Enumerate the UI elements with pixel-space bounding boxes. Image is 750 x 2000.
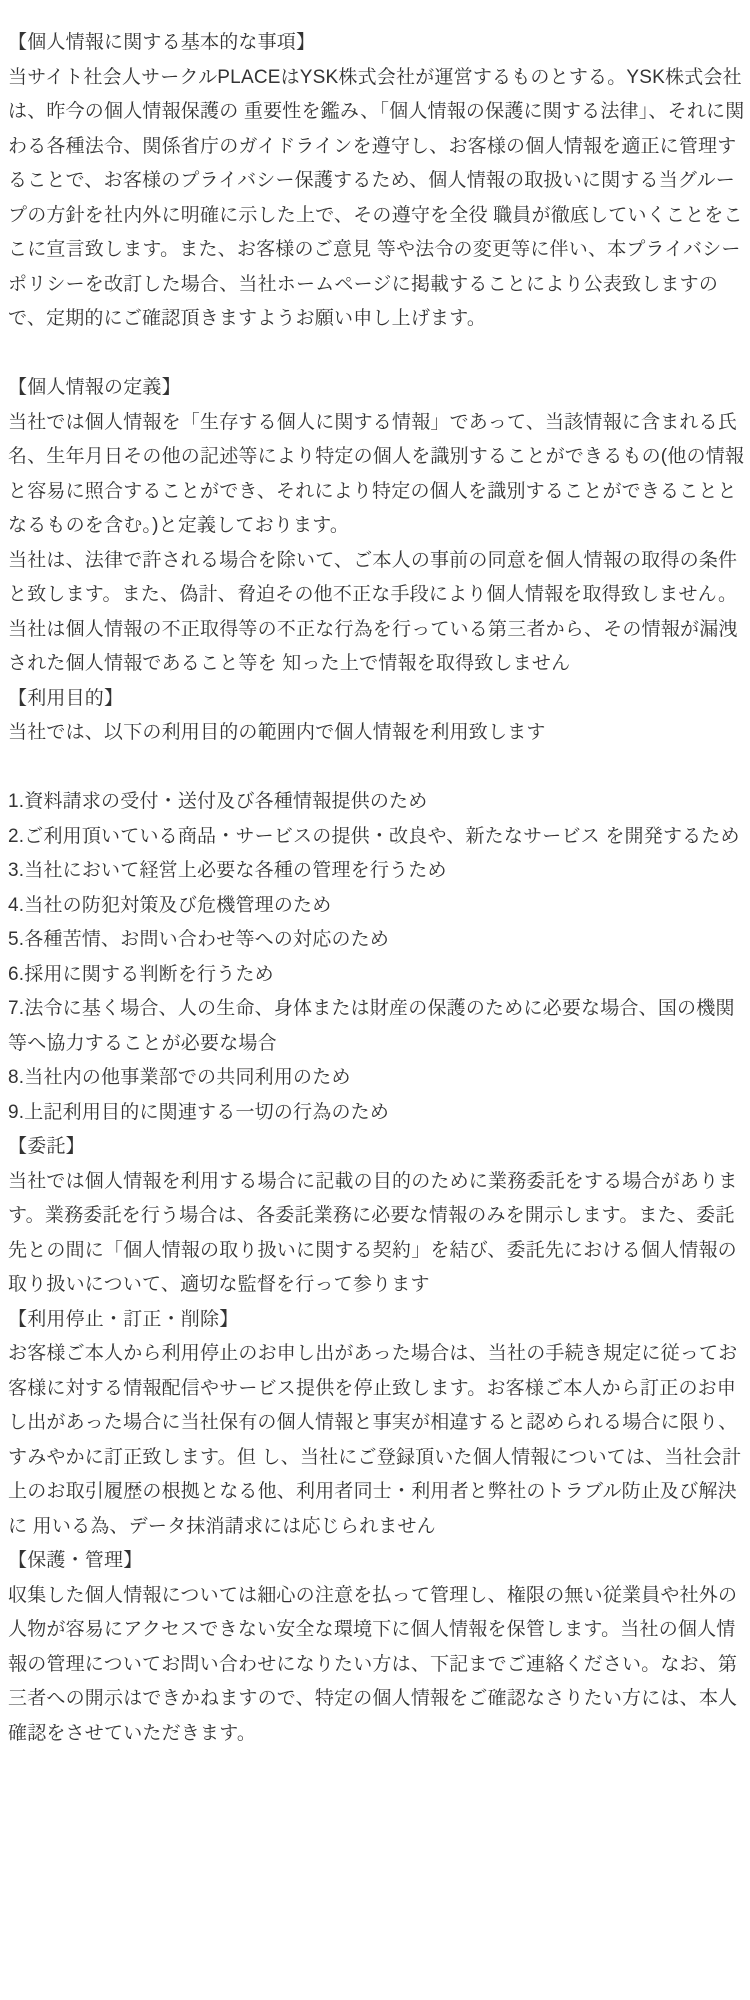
paragraph: お客様ご本人から利用停止のお申し出があった場合は、当社の手続き規定に従ってお客様… [8,1337,746,1544]
list-item: 3.当社において経営上必要な各種の管理を行うため [8,854,746,889]
paragraph: 当社は、法律で許される場合を除いて、ご本人の事前の同意を個人情報の取得の条件と致… [8,544,746,613]
paragraph: 当社では個人情報を利用する場合に記載の目的のために業務委託をする場合があります。… [8,1165,746,1303]
list-item: 2.ご利用頂いている商品・サービスの提供・改良や、新たなサービス を開発するため [8,820,746,855]
paragraph: 当社では個人情報を「生存する個人に関する情報」であって、当該情報に含まれる氏名、… [8,406,746,544]
privacy-policy-document: 【個人情報に関する基本的な事項】 当サイト社会人サークルPLACEはYSK株式会… [0,0,750,1751]
list-item: 8.当社内の他事業部での共同利用のため [8,1061,746,1096]
list-item: 4.当社の防犯対策及び危機管理のため [8,889,746,924]
section-heading-definition: 【個人情報の定義】 [8,371,746,406]
paragraph: 当サイト社会人サークルPLACEはYSK株式会社が運営するものとする。YSK株式… [8,61,746,337]
blank-line [8,751,746,786]
section-heading-basic-matters: 【個人情報に関する基本的な事項】 [8,26,746,61]
paragraph: 当社は個人情報の不正取得等の不正な行為を行っている第三者から、その情報が漏洩され… [8,613,746,682]
list-item: 6.採用に関する判断を行うため [8,958,746,993]
list-item: 9.上記利用目的に関連する一切の行為のため [8,1096,746,1131]
list-item: 7.法令に基く場合、人の生命、身体または財産の保護のために必要な場合、国の機関等… [8,992,746,1061]
list-item: 5.各種苦情、お問い合わせ等への対応のため [8,923,746,958]
list-item: 1.資料請求の受付・送付及び各種情報提供のため [8,785,746,820]
section-heading-purpose-of-use: 【利用目的】 [8,682,746,717]
section-heading-outsourcing: 【委託】 [8,1130,746,1165]
section-heading-stop-correct-delete: 【利用停止・訂正・削除】 [8,1303,746,1338]
blank-line [8,337,746,372]
paragraph: 収集した個人情報については細心の注意を払って管理し、権限の無い従業員や社外の人物… [8,1579,746,1752]
section-heading-protection-management: 【保護・管理】 [8,1544,746,1579]
paragraph: 当社では、以下の利用目的の範囲内で個人情報を利用致します [8,716,746,751]
